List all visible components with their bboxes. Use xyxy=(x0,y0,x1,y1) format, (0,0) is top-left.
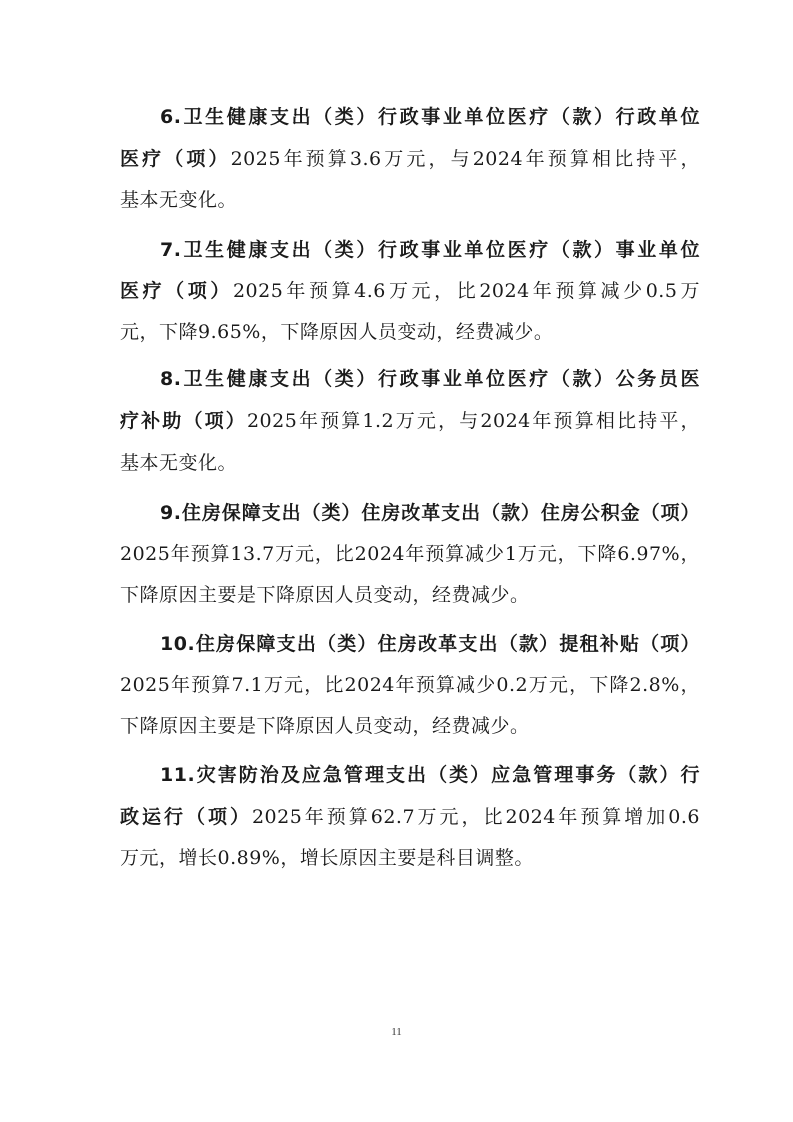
paragraph-line: 下降原因主要是下降原因人员变动，经费减少。 xyxy=(120,582,700,608)
item-body: 基本无变化。 xyxy=(120,452,237,474)
item-heading: 政运行（项） xyxy=(120,806,252,828)
paragraph-line: 基本无变化。 xyxy=(120,187,700,213)
item-body: 基本无变化。 xyxy=(120,189,237,211)
item-heading: 疗补助（项） xyxy=(120,410,247,432)
paragraph-line: 万元，增长0.89%，增长原因主要是科目调整。 xyxy=(120,845,700,871)
item-heading: 10.住房保障支出（类）住房改革支出（款）提租补贴（项） xyxy=(160,633,700,655)
paragraph-line: 基本无变化。 xyxy=(120,450,700,476)
item-heading: 医疗（项） xyxy=(120,280,233,302)
paragraph-line: 疗补助（项）2025年预算1.2万元，与2024年预算相比持平， xyxy=(120,408,700,434)
item-body: 下降原因主要是下降原因人员变动，经费减少。 xyxy=(120,715,530,737)
paragraph-line: 政运行（项）2025年预算62.7万元，比2024年预算增加0.6 xyxy=(120,804,700,830)
paragraph-line: 2025年预算7.1万元，比2024年预算减少0.2万元，下降2.8%， xyxy=(120,672,700,698)
page-number: 11 xyxy=(0,1026,793,1038)
item-body: 2025年预算13.7万元，比2024年预算减少1万元，下降6.97%， xyxy=(120,543,700,565)
item-heading: 医疗（项） xyxy=(120,148,231,170)
paragraph-line: 2025年预算13.7万元，比2024年预算减少1万元，下降6.97%， xyxy=(120,541,700,567)
document-page: 6.卫生健康支出（类）行政事业单位医疗（款）行政单位 医疗（项）2025年预算3… xyxy=(0,0,793,1122)
paragraph-line: 6.卫生健康支出（类）行政事业单位医疗（款）行政单位 xyxy=(160,104,700,130)
paragraph-line: 11.灾害防治及应急管理支出（类）应急管理事务（款）行 xyxy=(160,762,700,788)
item-heading: 9.住房保障支出（类）住房改革支出（款）住房公积金（项） xyxy=(160,502,700,524)
item-body: 2025年预算4.6万元，比2024年预算减少0.5万 xyxy=(233,280,700,302)
item-body: 2025年预算3.6万元，与2024年预算相比持平， xyxy=(231,148,700,170)
item-body: 元，下降9.65%，下降原因人员变动，经费减少。 xyxy=(120,321,553,343)
item-body: 2025年预算1.2万元，与2024年预算相比持平， xyxy=(247,410,700,432)
paragraph-line: 下降原因主要是下降原因人员变动，经费减少。 xyxy=(120,713,700,739)
item-body: 下降原因主要是下降原因人员变动，经费减少。 xyxy=(120,584,530,606)
paragraph-line: 医疗（项）2025年预算3.6万元，与2024年预算相比持平， xyxy=(120,146,700,172)
item-body: 万元，增长0.89%，增长原因主要是科目调整。 xyxy=(120,847,534,869)
paragraph-line: 10.住房保障支出（类）住房改革支出（款）提租补贴（项） xyxy=(160,631,700,657)
paragraph-line: 医疗（项）2025年预算4.6万元，比2024年预算减少0.5万 xyxy=(120,278,700,304)
paragraph-line: 7.卫生健康支出（类）行政事业单位医疗（款）事业单位 xyxy=(160,237,700,263)
item-heading: 7.卫生健康支出（类）行政事业单位医疗（款）事业单位 xyxy=(160,239,700,261)
paragraph-line: 元，下降9.65%，下降原因人员变动，经费减少。 xyxy=(120,319,700,345)
item-heading: 6.卫生健康支出（类）行政事业单位医疗（款）行政单位 xyxy=(160,106,700,128)
item-body: 2025年预算7.1万元，比2024年预算减少0.2万元，下降2.8%， xyxy=(120,674,700,696)
item-body: 2025年预算62.7万元，比2024年预算增加0.6 xyxy=(252,806,700,828)
item-heading: 11.灾害防治及应急管理支出（类）应急管理事务（款）行 xyxy=(160,764,700,786)
paragraph-line: 8.卫生健康支出（类）行政事业单位医疗（款）公务员医 xyxy=(160,366,700,392)
item-heading: 8.卫生健康支出（类）行政事业单位医疗（款）公务员医 xyxy=(160,368,700,390)
paragraph-line: 9.住房保障支出（类）住房改革支出（款）住房公积金（项） xyxy=(160,500,700,526)
